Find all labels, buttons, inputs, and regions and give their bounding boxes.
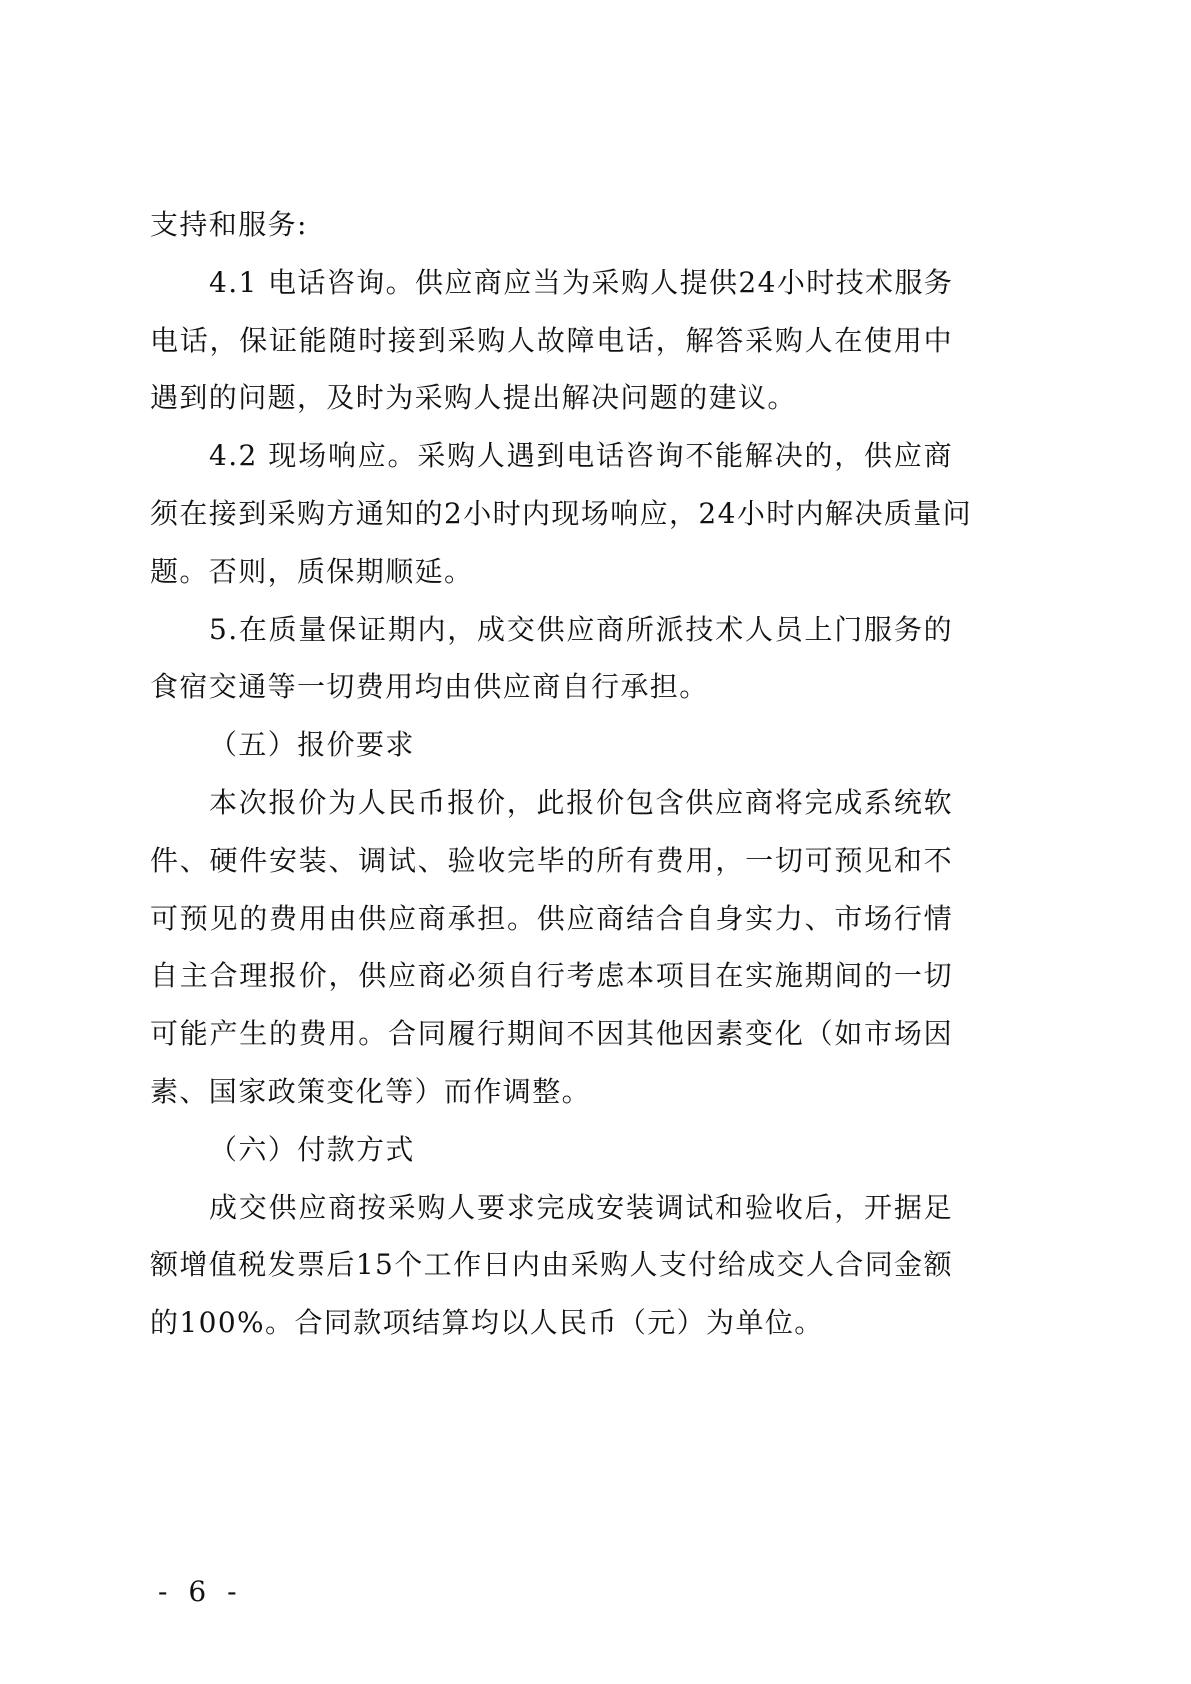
text-line: 遇到的问题，及时为采购人提出解决问题的建议。 (150, 369, 953, 427)
text-line: 食宿交通等一切费用均由供应商自行承担。 (150, 658, 953, 716)
text-line: 题。否则，质保期顺延。 (150, 543, 953, 601)
text-line: 须在接到采购方通知的2小时内现场响应，24小时内解决质量问 (150, 485, 953, 543)
text-line: 额增值税发票后15个工作日内由采购人支付给成交人合同金额 (150, 1236, 953, 1294)
text-line: 电话，保证能随时接到采购人故障电话，解答采购人在使用中 (150, 312, 953, 370)
text-line: （五）报价要求 (150, 716, 953, 774)
text-line: 本次报价为人民币报价，此报价包含供应商将完成系统软 (150, 774, 953, 832)
text-line: 可预见的费用由供应商承担。供应商结合自身实力、市场行情 (150, 890, 953, 948)
text-line: （六）付款方式 (150, 1121, 953, 1179)
text-line: 可能产生的费用。合同履行期间不因其他因素变化（如市场因 (150, 1005, 953, 1063)
text-line: 自主合理报价，供应商必须自行考虑本项目在实施期间的一切 (150, 947, 953, 1005)
text-line: 的100%。合同款项结算均以人民币（元）为单位。 (150, 1294, 953, 1352)
page-number: - 6 - (158, 1575, 243, 1608)
text-line: 4.2 现场响应。采购人遇到电话咨询不能解决的，供应商 (150, 427, 953, 485)
text-line: 4.1 电话咨询。供应商应当为采购人提供24小时技术服务 (150, 254, 953, 312)
text-line: 件、硬件安装、调试、验收完毕的所有费用，一切可预见和不 (150, 832, 953, 890)
text-line: 成交供应商按采购人要求完成安装调试和验收后，开据足 (150, 1179, 953, 1237)
text-line: 素、国家政策变化等）而作调整。 (150, 1063, 953, 1121)
text-line: 支持和服务: (150, 196, 953, 254)
text-line: 5.在质量保证期内，成交供应商所派技术人员上门服务的 (150, 601, 953, 659)
document-body: 支持和服务:4.1 电话咨询。供应商应当为采购人提供24小时技术服务电话，保证能… (150, 196, 953, 1352)
